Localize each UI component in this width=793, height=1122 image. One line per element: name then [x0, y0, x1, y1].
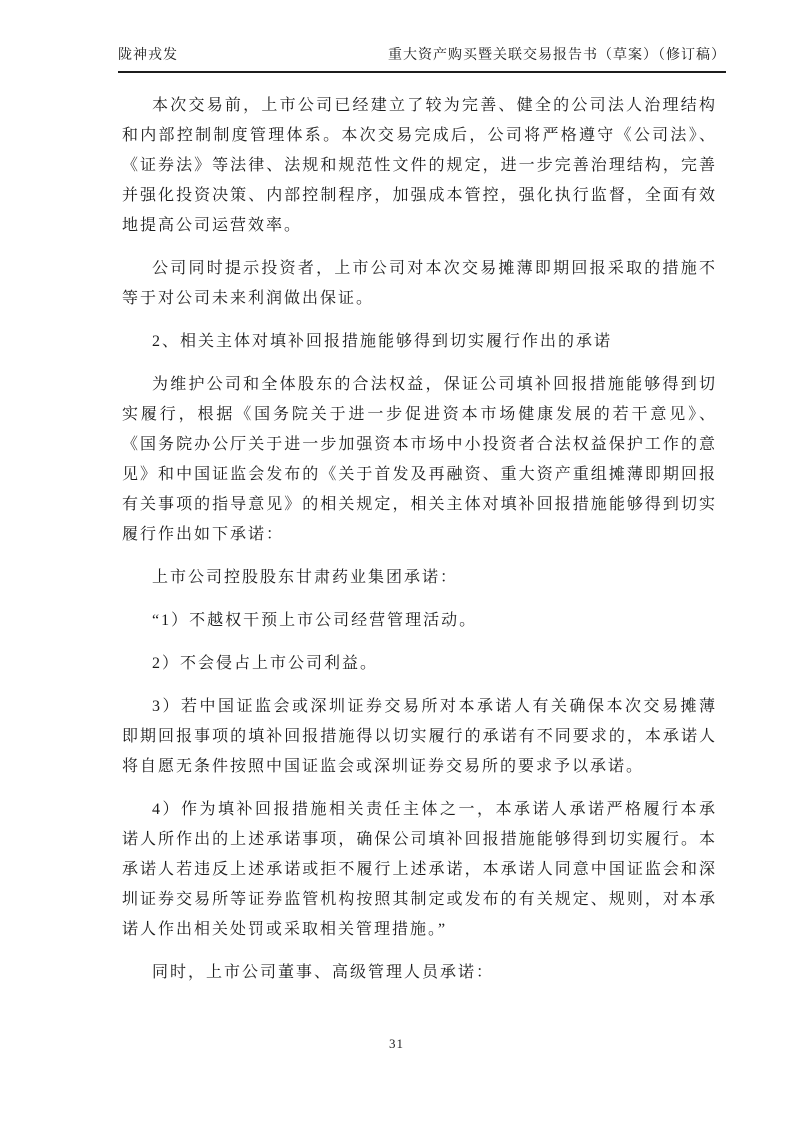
paragraph-commitment-item-4: 4）作为填补回报措施相关责任主体之一，本承诺人承诺严格履行本承诺人所作出的上述承…	[122, 795, 717, 945]
header-company-name: 陇神戎发	[118, 46, 178, 66]
paragraph-commitment-item-2: 2）不会侵占上市公司利益。	[122, 649, 717, 679]
paragraph-commitment-item-3: 3）若中国证监会或深圳证券交易所对本承诺人有关确保本次交易摊薄即期回报事项的填补…	[122, 692, 717, 782]
page-header: 陇神戎发 重大资产购买暨关联交易报告书（草案）（修订稿）	[118, 46, 726, 73]
document-page: 陇神戎发 重大资产购买暨关联交易报告书（草案）（修订稿） 本次交易前，上市公司已…	[0, 0, 793, 1122]
paragraph-controlling-shareholder-intro: 上市公司控股股东甘肃药业集团承诺：	[122, 563, 717, 593]
section-heading-commitments: 2、相关主体对填补回报措施能够得到切实履行作出的承诺	[122, 327, 717, 357]
document-body: 本次交易前，上市公司已经建立了较为完善、健全的公司法人治理结构和内部控制制度管理…	[122, 91, 717, 988]
paragraph-commitment-item-1: “1）不越权干预上市公司经营管理活动。	[122, 606, 717, 636]
paragraph-directors-intro: 同时，上市公司董事、高级管理人员承诺：	[122, 958, 717, 988]
page-number: 31	[0, 1036, 793, 1052]
paragraph-commitment-basis: 为维护公司和全体股东的合法权益，保证公司填补回报措施能够得到切实履行，根据《国务…	[122, 370, 717, 550]
header-report-title: 重大资产购买暨关联交易报告书（草案）（修订稿）	[388, 46, 726, 66]
paragraph-investor-notice: 公司同时提示投资者，上市公司对本次交易摊薄即期回报采取的措施不等于对公司未来利润…	[122, 254, 717, 314]
paragraph-governance-structure: 本次交易前，上市公司已经建立了较为完善、健全的公司法人治理结构和内部控制制度管理…	[122, 91, 717, 241]
